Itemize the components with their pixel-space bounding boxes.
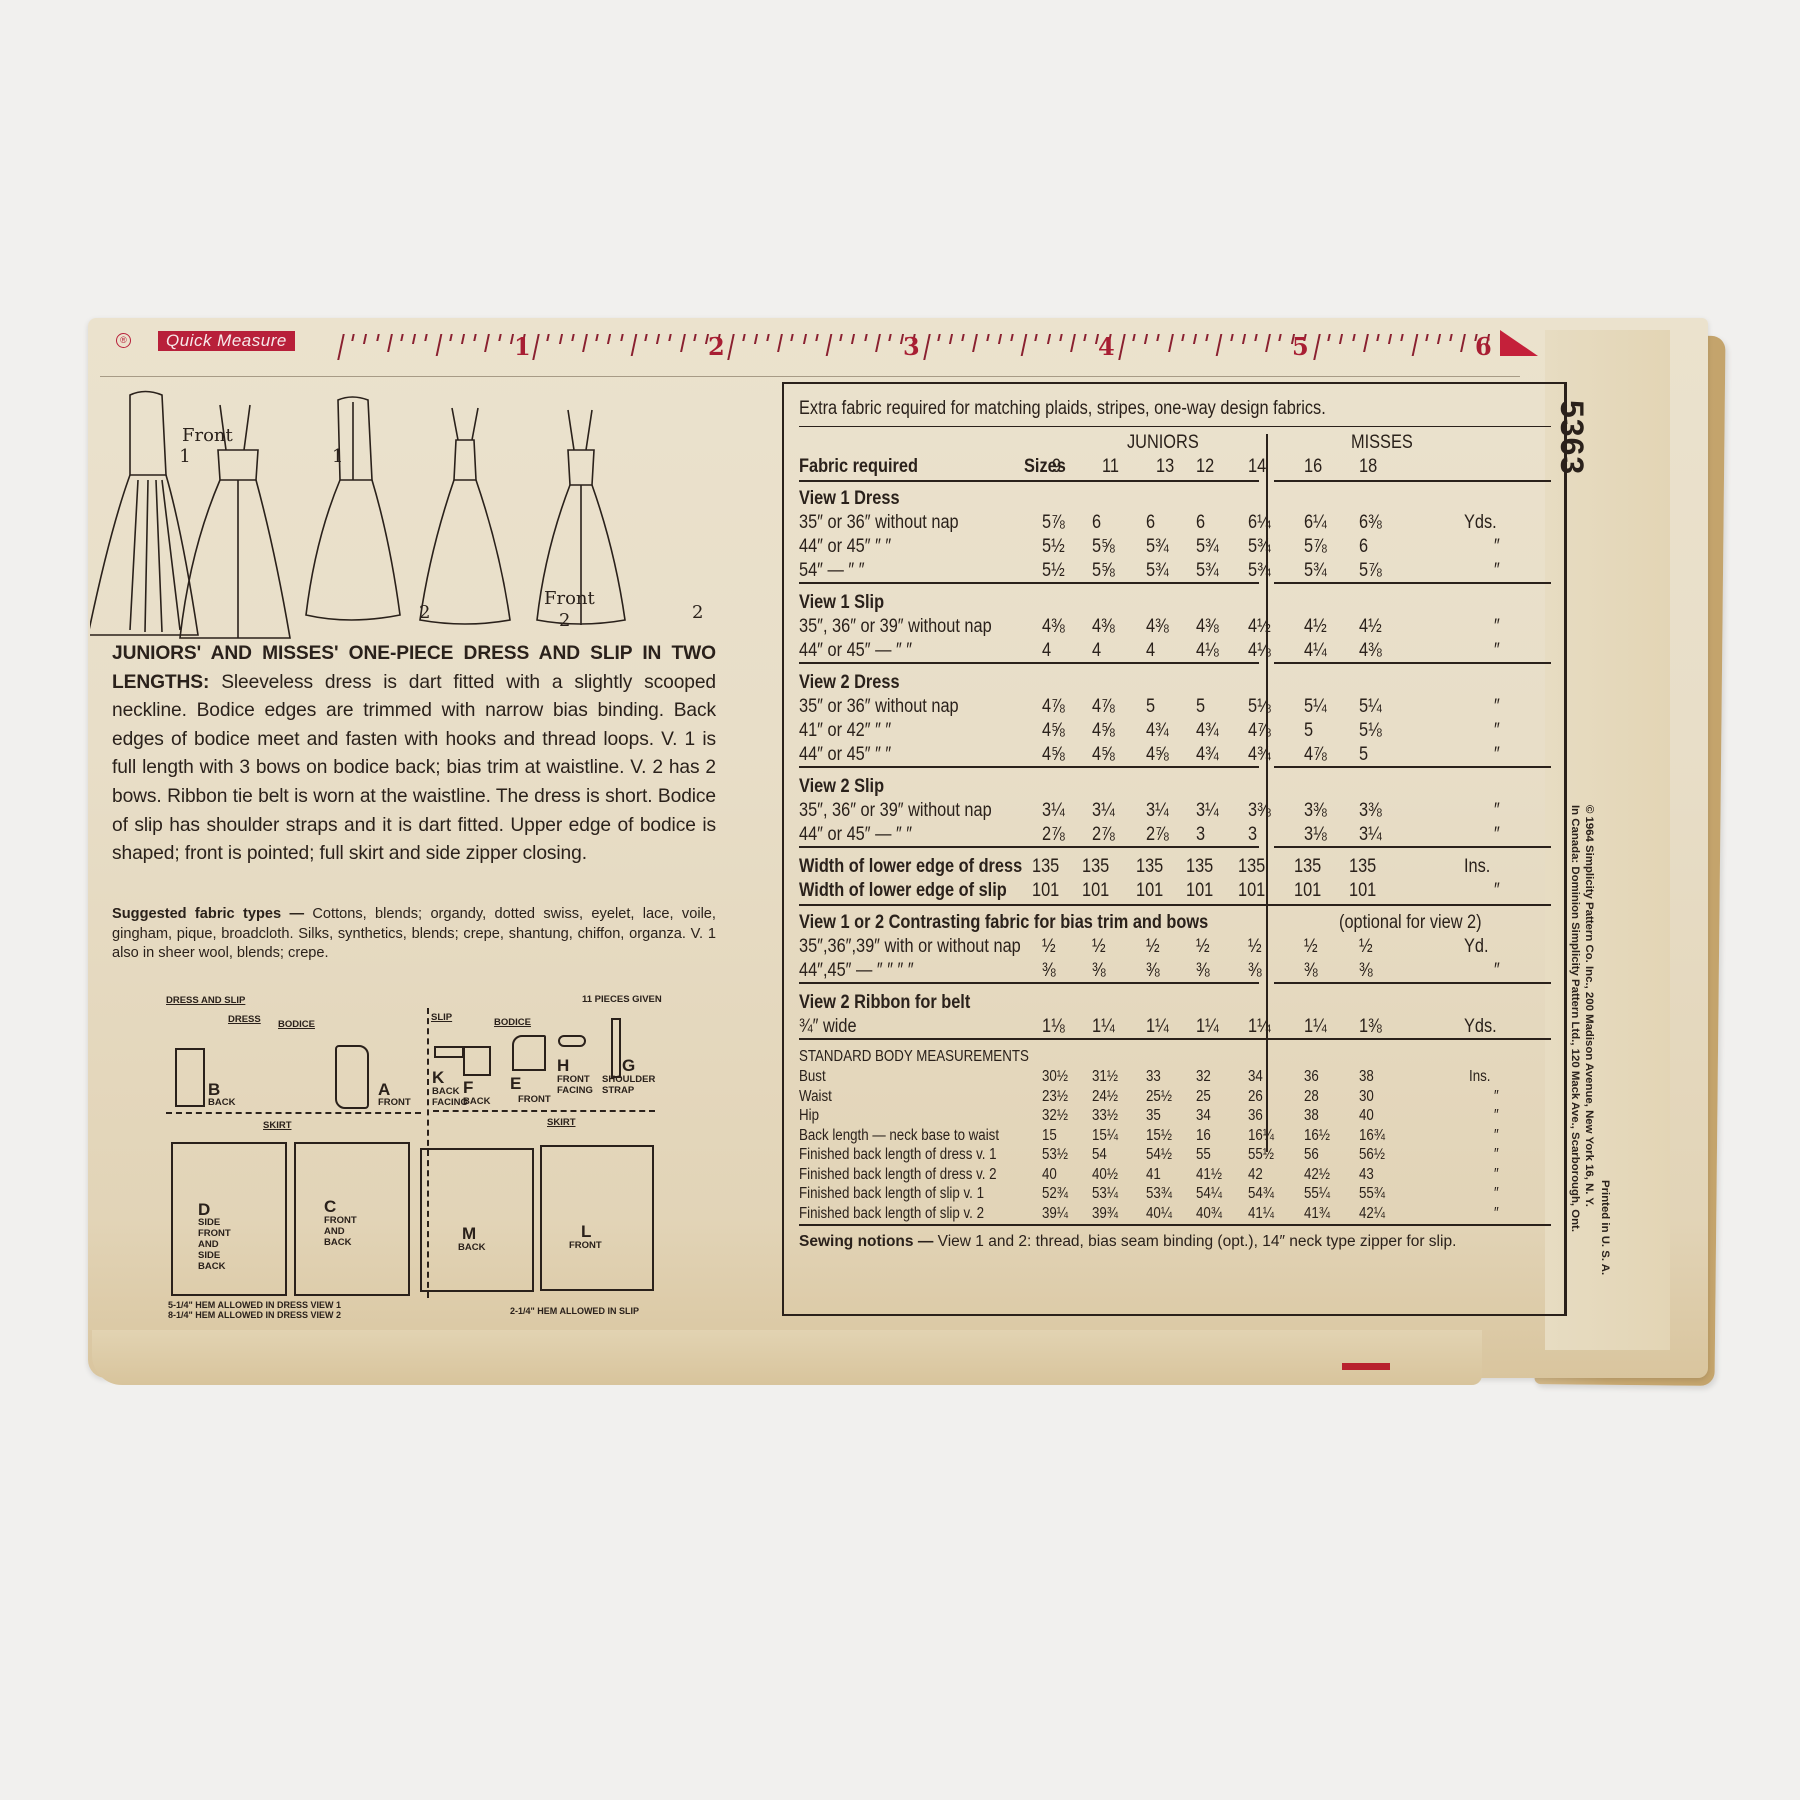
printed-in-usa: Printed in U. S. A.: [1598, 1180, 1612, 1275]
value-cell: 4⅞: [1042, 696, 1065, 718]
dress-illustrations: Front 1 1 2 Front 2 2: [90, 380, 770, 640]
value-cell: ⅜: [1359, 960, 1373, 982]
piece-c-name: FRONT AND BACK: [324, 1215, 364, 1248]
value-cell: 4⅛: [1248, 640, 1271, 662]
illustration-view-2c: 2: [692, 602, 703, 623]
unit-cell: ″: [1494, 616, 1500, 638]
ruler-tick: [1216, 334, 1223, 356]
value-cell: 1¼: [1146, 1016, 1169, 1038]
ruler-tick: [363, 334, 367, 344]
piece-m-letter: M: [462, 1226, 476, 1242]
section-rule: [799, 846, 1259, 848]
unit-cell: ″: [1494, 560, 1500, 582]
value-cell: ⅜: [1304, 960, 1318, 982]
ruler-tick: [777, 334, 783, 352]
measurement-value: 42¼: [1359, 1203, 1385, 1225]
measurement-value: 40¼: [1146, 1203, 1172, 1225]
ruler-tick: [425, 334, 428, 341]
piece-a-shape: [335, 1045, 369, 1109]
value-cell: 135: [1349, 856, 1376, 878]
unit-cell: ″: [1494, 960, 1500, 982]
value-cell: 5⅞: [1304, 536, 1327, 558]
value-cell: ⅜: [1248, 960, 1262, 982]
value-cell: 3⅜: [1304, 800, 1327, 822]
ruler-tick: [803, 334, 807, 344]
value-cell: 4½: [1248, 616, 1271, 638]
value-cell: 5¾: [1196, 536, 1219, 558]
value-cell: 6: [1146, 512, 1155, 534]
value-cell: 2⅞: [1092, 824, 1115, 846]
ruler-tick: [400, 334, 403, 341]
ruler-tick: [1059, 334, 1062, 341]
value-cell: 5: [1146, 696, 1155, 718]
value-cell: ½: [1359, 936, 1373, 958]
fabric-required-heading: Fabric required: [799, 456, 918, 478]
row-label: 44″ or 45″ ″ ″: [799, 536, 891, 558]
section-title: View 1 Slip: [799, 592, 884, 614]
bodice-heading-right: BODICE: [494, 1017, 531, 1028]
ruler-tick: [498, 334, 501, 341]
ruler-tick: [766, 334, 769, 341]
value-cell: 135: [1082, 856, 1109, 878]
value-cell: 135: [1294, 856, 1321, 878]
ruler-tick: [888, 334, 891, 341]
inch-mark-5: 5: [1292, 332, 1309, 361]
section-rule: [1274, 662, 1551, 664]
value-cell: 1¼: [1092, 1016, 1115, 1038]
value-cell: 4¾: [1196, 720, 1219, 742]
body-measurements-title: STANDARD BODY MEASUREMENTS: [799, 1046, 1029, 1068]
dress-and-slip-heading: DRESS AND SLIP: [166, 995, 245, 1006]
value-cell: 101: [1238, 880, 1265, 902]
value-cell: 101: [1349, 880, 1376, 902]
fabrics-label: Suggested fabric types —: [112, 906, 304, 922]
size-header: 12: [1196, 456, 1214, 478]
section-rule: [799, 480, 1259, 482]
value-cell: 101: [1082, 880, 1109, 902]
value-cell: ½: [1248, 936, 1262, 958]
value-cell: ½: [1092, 936, 1106, 958]
value-cell: ⅜: [1196, 960, 1210, 982]
size-header: 16: [1304, 456, 1322, 478]
section-rule: [799, 1224, 1551, 1226]
pattern-description: JUNIORS' AND MISSES' ONE-PIECE DRESS AND…: [112, 640, 716, 869]
value-cell: 3¼: [1359, 824, 1382, 846]
ruler-tick: [1168, 334, 1174, 352]
ruler-tick: [1363, 334, 1369, 352]
measurement-value: 39¼: [1042, 1203, 1068, 1225]
piece-h-letter: H: [557, 1058, 569, 1074]
value-cell: 101: [1186, 880, 1213, 902]
ruler-tick: [351, 334, 354, 341]
piece-c-letter: C: [324, 1199, 336, 1215]
ruler-tick: [754, 334, 758, 344]
dress-heading: DRESS: [228, 1014, 261, 1025]
value-cell: 4¾: [1196, 744, 1219, 766]
size-header: 14: [1248, 456, 1266, 478]
ruler-tick: [1144, 334, 1148, 344]
unit-cell: ″: [1494, 824, 1500, 846]
ruler-tick: [949, 334, 953, 344]
ruler-tick: [1388, 334, 1392, 344]
value-cell: 1¼: [1248, 1016, 1271, 1038]
value-cell: 5½: [1042, 560, 1065, 582]
row-label: 35″, 36″ or 39″ without nap: [799, 616, 992, 638]
value-cell: 5¾: [1304, 560, 1327, 582]
note-rule: [799, 426, 1551, 427]
value-cell: 4¾: [1248, 744, 1271, 766]
skirt-heading-right: SKIRT: [547, 1117, 576, 1128]
value-cell: 4⅜: [1092, 616, 1115, 638]
section-rule: [799, 982, 1259, 984]
row-label: 44″ or 45″ ″ ″: [799, 744, 891, 766]
envelope-bottom-fold: [92, 1330, 1482, 1385]
unit-cell: Yd.: [1464, 936, 1489, 958]
suggested-fabrics: Suggested fabric types — Cottons, blends…: [112, 905, 716, 964]
piece-d-letter: D: [198, 1202, 210, 1218]
piece-l-name: FRONT: [569, 1240, 602, 1251]
row-label: 44″ or 45″ — ″ ″: [799, 824, 912, 846]
section-title: View 2 Dress: [799, 672, 900, 694]
section-rule: [799, 904, 1551, 906]
ruler-tick: [1460, 334, 1466, 352]
piece-k-shape: [434, 1046, 464, 1058]
inch-mark-6: 6: [1475, 332, 1492, 361]
inch-mark-1: 1: [514, 332, 531, 361]
hem-dress-view-2: 8-1/4" HEM ALLOWED IN DRESS VIEW 2: [168, 1310, 341, 1321]
row-label: 44″,45″ — ″ ″ ″ ″: [799, 960, 914, 982]
piece-b-name: BACK: [208, 1097, 235, 1108]
ruler-tick: [1132, 334, 1135, 341]
fabric-requirements-table: Extra fabric required for matching plaid…: [782, 382, 1567, 1316]
ruler-tick: [839, 334, 842, 341]
ruler-tick: [559, 334, 563, 344]
ruler-tick: [473, 334, 476, 341]
value-cell: 5¼: [1304, 696, 1327, 718]
ruler-tick: [937, 334, 940, 341]
piece-f-name: BACK: [463, 1096, 490, 1107]
value-cell: 1⅜: [1359, 1016, 1382, 1038]
value-cell: ½: [1042, 936, 1056, 958]
piece-e-shape: [512, 1035, 546, 1071]
ruler-tick: [1339, 334, 1343, 344]
ruler-tick: [1035, 334, 1038, 341]
ruler-tick: [1411, 334, 1418, 356]
pattern-pieces-diagram: DRESS AND SLIP DRESS BODICE SLIP BODICE …: [150, 990, 710, 1320]
measurement-value: 40¾: [1196, 1203, 1222, 1225]
bodice-heading-left: BODICE: [278, 1019, 315, 1030]
piece-h-name: FRONT FACING: [557, 1074, 601, 1096]
extra-fabric-note: Extra fabric required for matching plaid…: [799, 398, 1326, 420]
piece-a-name: FRONT: [378, 1097, 411, 1108]
value-cell: 5¾: [1146, 536, 1169, 558]
inch-mark-3: 3: [903, 332, 920, 361]
unit-cell: ″: [1494, 720, 1500, 742]
value-cell: 5½: [1042, 536, 1065, 558]
value-cell: 135: [1186, 856, 1213, 878]
ruler-tick: [376, 334, 379, 341]
ruler-tick: [1205, 334, 1208, 341]
value-cell: 4½: [1359, 616, 1382, 638]
value-cell: 4⅞: [1092, 696, 1115, 718]
row-label: ¾″ wide: [799, 1016, 857, 1038]
quick-measure-ruler: ® Quick Measure 1 2 3 4 5 6: [100, 328, 1520, 374]
ruler-tick: [1254, 334, 1257, 341]
ruler-tick: [1265, 334, 1271, 352]
value-cell: 5: [1304, 720, 1313, 742]
ruler-tick: [1242, 334, 1246, 344]
ruler-tick: [630, 334, 637, 356]
piece-g-letter: G: [622, 1058, 635, 1074]
ruler-tick: [669, 334, 672, 341]
ruler-tick: [972, 334, 978, 352]
ruler-divider: [100, 376, 1520, 377]
unit-cell: Yds.: [1464, 1016, 1497, 1038]
red-tab-mark: [1342, 1363, 1390, 1370]
piece-e-letter: E: [510, 1076, 521, 1092]
unit-cell: ″: [1494, 536, 1500, 558]
value-cell: 4¼: [1304, 640, 1327, 662]
value-cell: 2⅞: [1042, 824, 1065, 846]
section-rule: [799, 766, 1259, 768]
illustration-view-2a: 2: [419, 602, 430, 623]
value-cell: 4: [1146, 640, 1155, 662]
pieces-given: 11 PIECES GIVEN: [582, 994, 662, 1005]
value-cell: 3¼: [1196, 800, 1219, 822]
ruler-tick: [1230, 334, 1233, 341]
ruler-tick: [693, 334, 696, 341]
value-cell: 4⅝: [1092, 744, 1115, 766]
value-cell: 4⅛: [1196, 640, 1219, 662]
ruler-tick: [571, 334, 574, 341]
value-cell: 5⅛: [1359, 720, 1382, 742]
piece-g-shape: [611, 1018, 621, 1078]
value-cell: 5¾: [1196, 560, 1219, 582]
ruler-tick: [461, 334, 465, 344]
ruler-tick: [582, 334, 588, 352]
unit-cell: Ins.: [1464, 856, 1490, 878]
section-rule: [799, 662, 1259, 664]
value-cell: ½: [1304, 936, 1318, 958]
value-cell: ⅜: [1146, 960, 1160, 982]
value-cell: 1¼: [1196, 1016, 1219, 1038]
row-label: 35″ or 36″ without nap: [799, 512, 959, 534]
piece-a-letter: A: [378, 1082, 390, 1098]
illustration-view-2b: 2: [559, 610, 570, 631]
value-cell: 3¼: [1042, 800, 1065, 822]
section-rule: [1274, 766, 1551, 768]
quick-measure-label: Quick Measure: [158, 331, 295, 351]
row-label: 35″, 36″ or 39″ without nap: [799, 800, 992, 822]
section-rule: [1274, 982, 1551, 984]
ruler-tick: [1327, 334, 1330, 341]
ruler-tick: [532, 334, 540, 360]
unit-cell: ″: [1494, 640, 1500, 662]
section-title: View 2 Slip: [799, 776, 884, 798]
piece-b-letter: B: [208, 1082, 220, 1098]
value-cell: ½: [1146, 936, 1160, 958]
inch-mark-2: 2: [708, 332, 725, 361]
piece-l-letter: L: [581, 1224, 591, 1240]
size-header: 11: [1102, 456, 1119, 478]
misses-heading: MISSES: [1351, 432, 1413, 454]
piece-m-shape: [420, 1148, 534, 1292]
ruler-tick: [851, 334, 855, 344]
piece-m-name: BACK: [458, 1242, 485, 1253]
value-cell: 135: [1032, 856, 1059, 878]
piece-h-shape: [558, 1035, 586, 1047]
piece-f-letter: F: [463, 1080, 473, 1096]
value-cell: 3⅜: [1359, 800, 1382, 822]
value-cell: 3⅜: [1248, 800, 1271, 822]
measurement-unit: Ins.: [1469, 1066, 1490, 1088]
measurement-value: 39¾: [1092, 1203, 1118, 1225]
unit-cell: ″: [1494, 744, 1500, 766]
measurement-value: 41¼: [1248, 1203, 1274, 1225]
value-cell: 5⅝: [1092, 560, 1115, 582]
value-cell: 4⅜: [1196, 616, 1219, 638]
section-rule: [1274, 582, 1551, 584]
sewing-notions-label: Sewing notions —: [799, 1233, 933, 1250]
row-label: 35″ or 36″ without nap: [799, 696, 959, 718]
ruler-arrow-icon: [1500, 330, 1538, 356]
dress-skirt-divider: [166, 1112, 421, 1114]
unit-cell: ″: [1494, 800, 1500, 822]
value-cell: 5¾: [1248, 560, 1271, 582]
ruler-tick: [1070, 334, 1076, 352]
illustration-label-front-2: Front: [544, 588, 595, 609]
section-rule: [799, 1038, 1551, 1040]
ruler-tick: [961, 334, 964, 341]
section-rule: [1274, 846, 1551, 848]
ruler-tick: [742, 334, 745, 341]
illustration-view-1b: 1: [332, 446, 343, 467]
value-cell: 101: [1136, 880, 1163, 902]
ruler-tick: [1401, 334, 1404, 341]
ruler-tick: [864, 334, 867, 341]
value-cell: 6: [1196, 512, 1205, 534]
pattern-number: 5363: [1553, 400, 1590, 475]
ruler-tick: [1021, 334, 1028, 356]
piece-f-shape: [463, 1046, 491, 1076]
piece-k-letter: K: [432, 1070, 444, 1086]
slip-skirt-divider: [433, 1110, 655, 1112]
size-header: 13: [1156, 456, 1174, 478]
row-label: Width of lower edge of dress: [799, 856, 1022, 878]
value-cell: 5⅞: [1359, 560, 1382, 582]
section-title-suffix: (optional for view 2): [1339, 912, 1482, 934]
slip-heading: SLIP: [431, 1012, 452, 1023]
juniors-heading: JUNIORS: [1127, 432, 1199, 454]
ruler-tick: [1425, 334, 1428, 341]
row-label: 41″ or 42″ ″ ″: [799, 720, 891, 742]
sewing-notions-text: View 1 and 2: thread, bias seam binding …: [938, 1233, 1457, 1250]
ruler-tick: [826, 334, 833, 356]
piece-e-name: FRONT: [518, 1094, 551, 1105]
inch-mark-4: 4: [1098, 332, 1115, 361]
value-cell: 4⅜: [1146, 616, 1169, 638]
value-cell: 4⅞: [1304, 744, 1327, 766]
ruler-tick: [1279, 334, 1282, 341]
unit-cell: Yds.: [1464, 512, 1497, 534]
value-cell: 6⅜: [1359, 512, 1382, 534]
ruler-tick: [387, 334, 393, 352]
value-cell: 3¼: [1092, 800, 1115, 822]
size-header: 18: [1359, 456, 1377, 478]
ruler-tick: [337, 334, 345, 360]
value-cell: 5¾: [1248, 536, 1271, 558]
value-cell: 6: [1359, 536, 1368, 558]
value-cell: 5: [1359, 744, 1368, 766]
piece-b-shape: [175, 1048, 205, 1107]
value-cell: 3: [1196, 824, 1205, 846]
value-cell: 6: [1092, 512, 1101, 534]
value-cell: 4¾: [1146, 720, 1169, 742]
value-cell: 3⅛: [1304, 824, 1327, 846]
ruler-tick: [1157, 334, 1160, 341]
ruler-tick: [1437, 334, 1441, 344]
value-cell: 6¼: [1304, 512, 1327, 534]
measurement-unit: ″: [1494, 1203, 1499, 1225]
ruler-tick: [986, 334, 989, 341]
section-title: View 1 or 2 Contrasting fabric for bias …: [799, 912, 1208, 934]
ruler-tick: [620, 334, 623, 341]
row-label: Width of lower edge of slip: [799, 880, 1007, 902]
skirt-heading-left: SKIRT: [263, 1120, 292, 1131]
ruler-tick: [1010, 334, 1013, 341]
copyright-notice: © 1964 Simplicity Pattern Co. Inc., 200 …: [1568, 805, 1596, 1232]
ruler-tick: [923, 334, 931, 360]
row-label: 44″ or 45″ — ″ ″: [799, 640, 912, 662]
value-cell: 4⅝: [1146, 744, 1169, 766]
ruler-tick: [998, 334, 1002, 344]
size-header: 9: [1052, 456, 1061, 478]
value-cell: 101: [1294, 880, 1321, 902]
value-cell: ⅜: [1092, 960, 1106, 982]
value-cell: 5¼: [1359, 696, 1382, 718]
value-cell: 5¾: [1146, 560, 1169, 582]
ruler-tick: [595, 334, 598, 341]
ruler-tick: [1352, 334, 1355, 341]
value-cell: 5⅛: [1248, 696, 1271, 718]
value-cell: 4⅝: [1042, 744, 1065, 766]
illustration-view-1: 1: [178, 446, 192, 467]
row-label: 35″,36″,39″ with or without nap: [799, 936, 1021, 958]
section-title: View 2 Ribbon for belt: [799, 992, 970, 1014]
measurement-value: 41¾: [1304, 1203, 1330, 1225]
ruler-tick: [644, 334, 647, 341]
ruler-tick: [1047, 334, 1051, 344]
ruler-tick: [1181, 334, 1184, 341]
value-cell: 3: [1248, 824, 1257, 846]
description-body: Sleeveless dress is dart fitted with a s…: [112, 672, 716, 865]
value-cell: 1⅛: [1042, 1016, 1065, 1038]
value-cell: 4⅜: [1042, 616, 1065, 638]
ruler-tick: [728, 334, 736, 360]
value-cell: 5⅞: [1042, 512, 1065, 534]
value-cell: 6¼: [1248, 512, 1271, 534]
value-cell: 4⅞: [1248, 720, 1271, 742]
ruler-tick: [680, 334, 686, 352]
ruler-tick: [435, 334, 442, 356]
illustration-label-front-1: Front: [182, 425, 233, 446]
ruler-tick: [875, 334, 881, 352]
ruler-tick: [1449, 334, 1452, 341]
value-cell: 2⅞: [1146, 824, 1169, 846]
value-cell: 5: [1196, 696, 1205, 718]
piece-g-name: SHOULDER STRAP: [602, 1074, 658, 1096]
copyright-line: © 1964 Simplicity Pattern Co. Inc., 200 …: [1582, 805, 1596, 1232]
